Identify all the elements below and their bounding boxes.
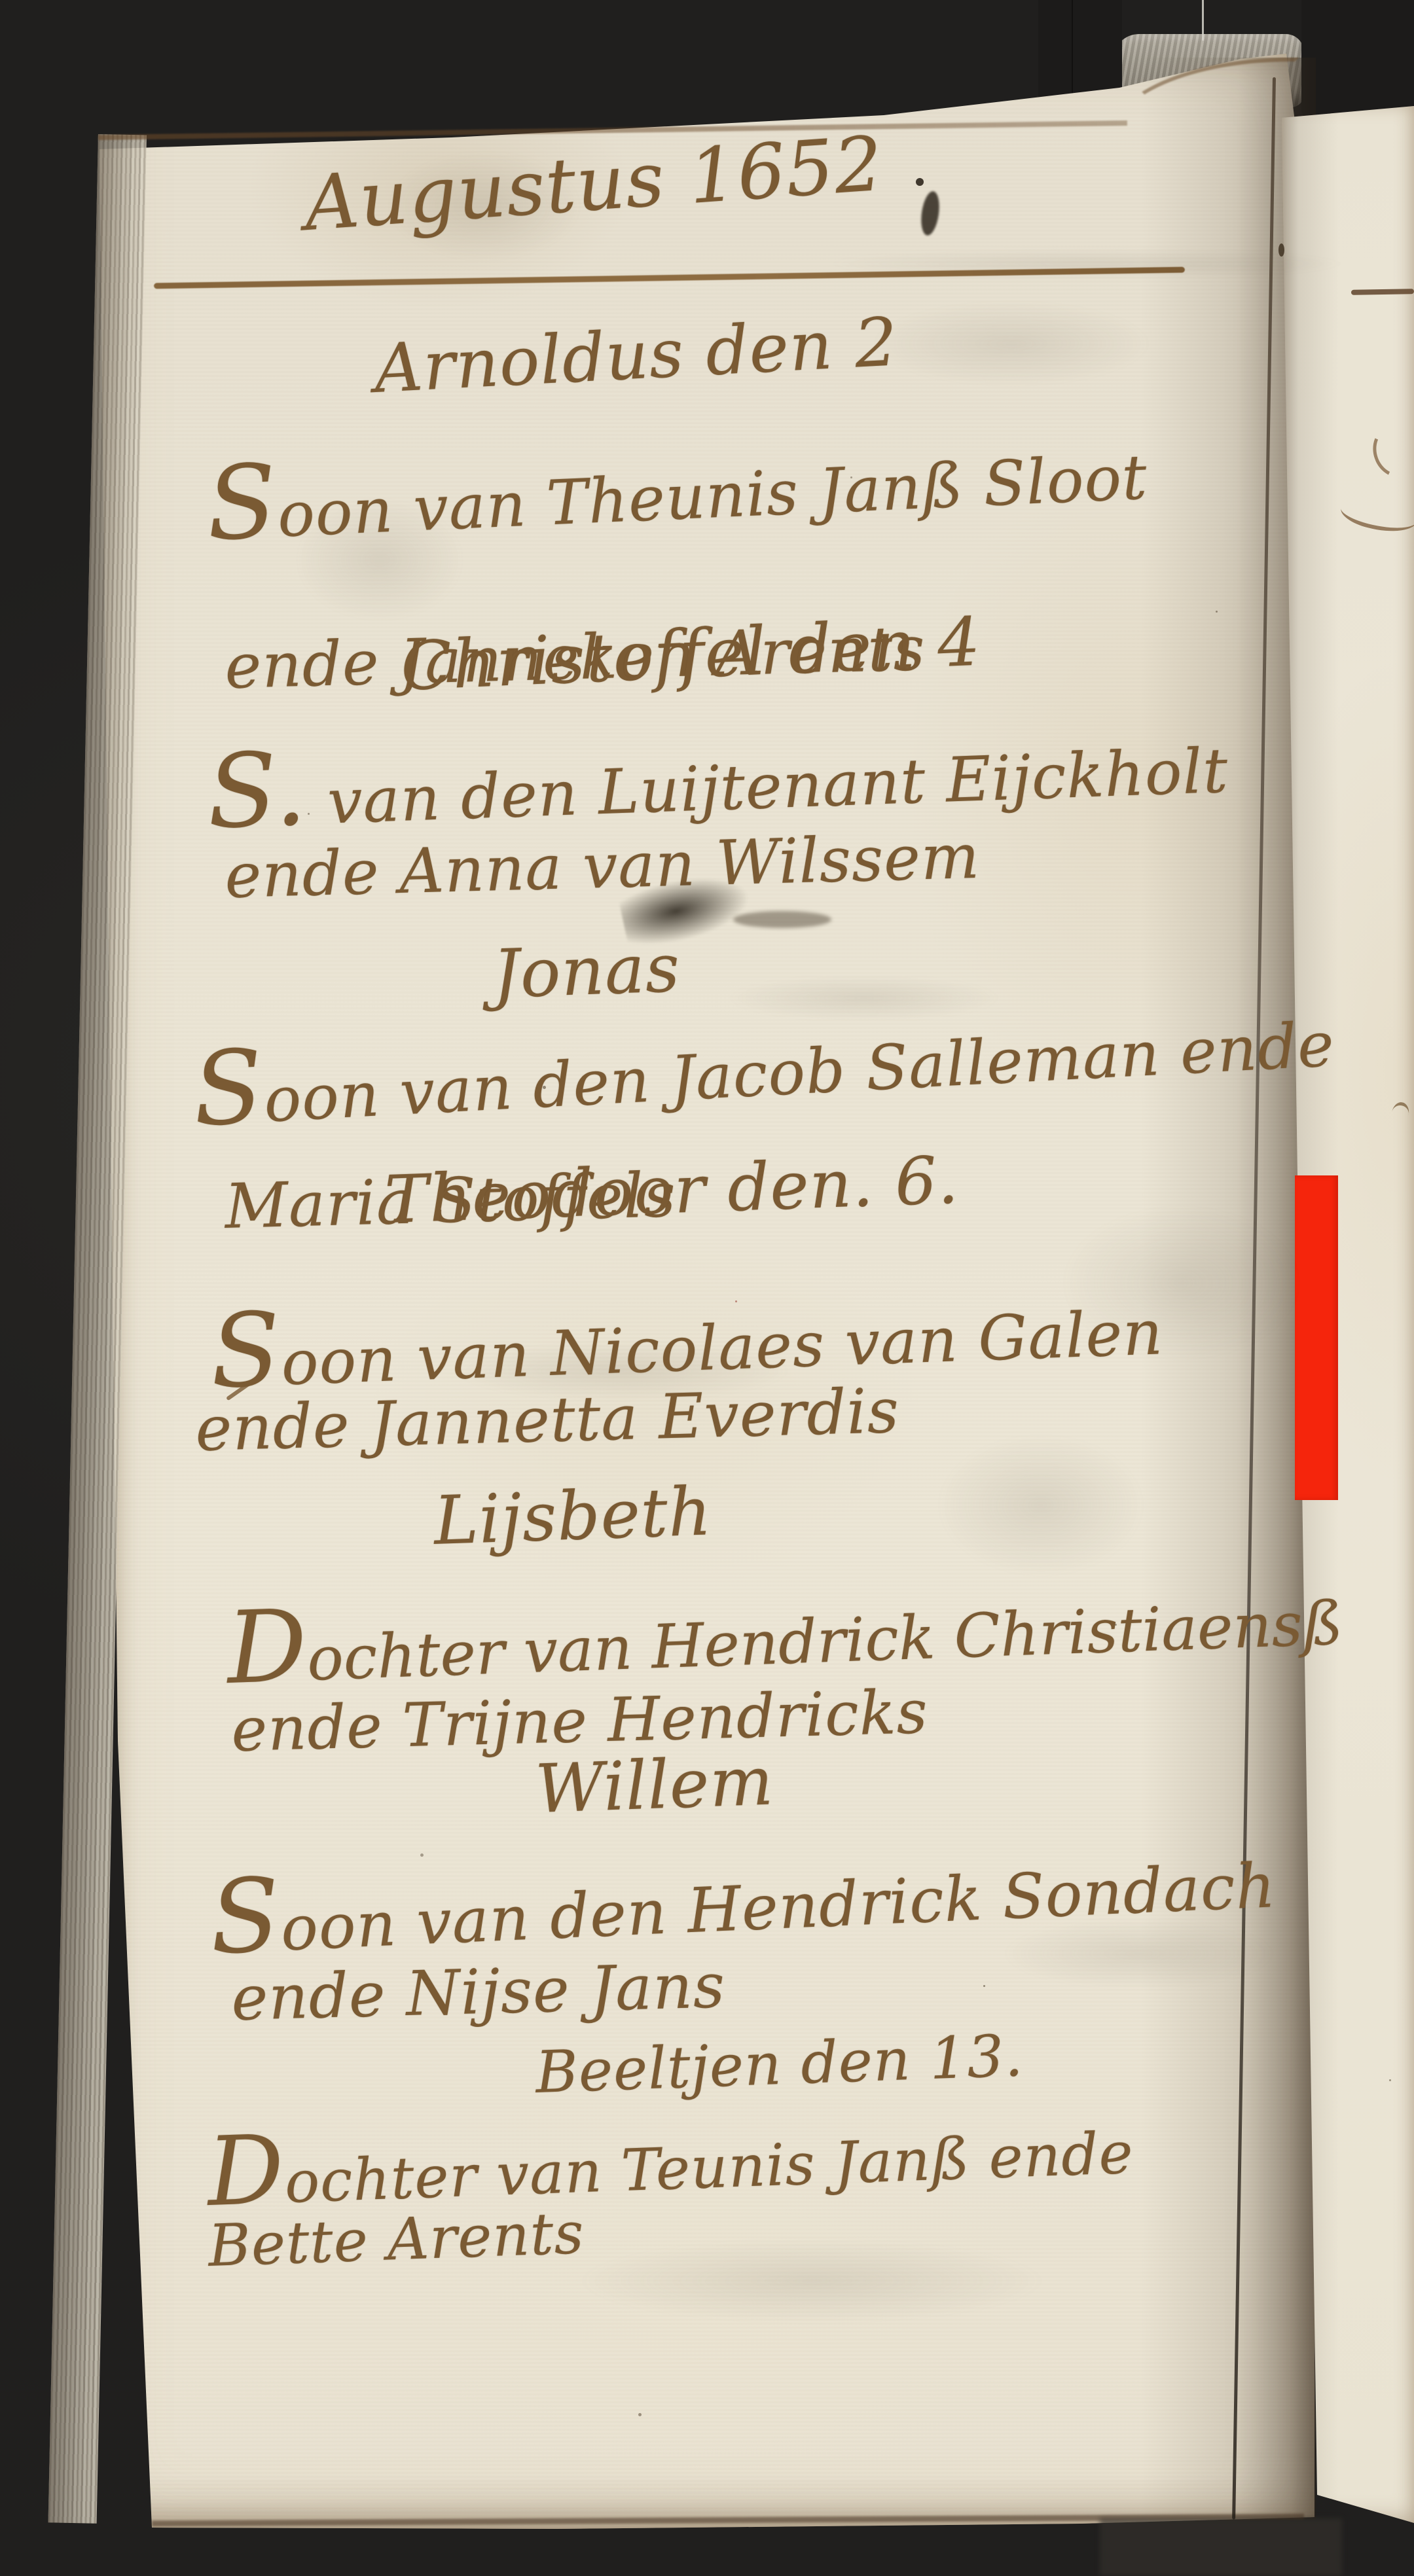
ink-smudge-dot [916,178,924,186]
binding-thread [1202,0,1204,41]
entry-heading: Willem [534,1742,775,1829]
bleedthrough-smudge [576,2238,1047,2323]
entry-line: ende Nijse Jans [230,1950,726,2035]
ink-blot-streak [733,911,831,928]
facing-page-rule [1351,289,1414,295]
paper-specks [0,0,2,2]
binding-clamp-right [1301,0,1414,116]
bleedthrough-smudge [871,301,1152,386]
red-marker-strip [1295,1175,1338,1500]
entry-line: Bette Arents [207,2199,585,2280]
tail-shadow [1100,2518,1342,2576]
bleedthrough-smudge [936,1433,1146,1577]
manuscript-scan: Augustus 1652 Arnoldus den 2 Soon van Th… [0,0,1414,2576]
entry-heading: Lijsbeth [433,1473,714,1560]
